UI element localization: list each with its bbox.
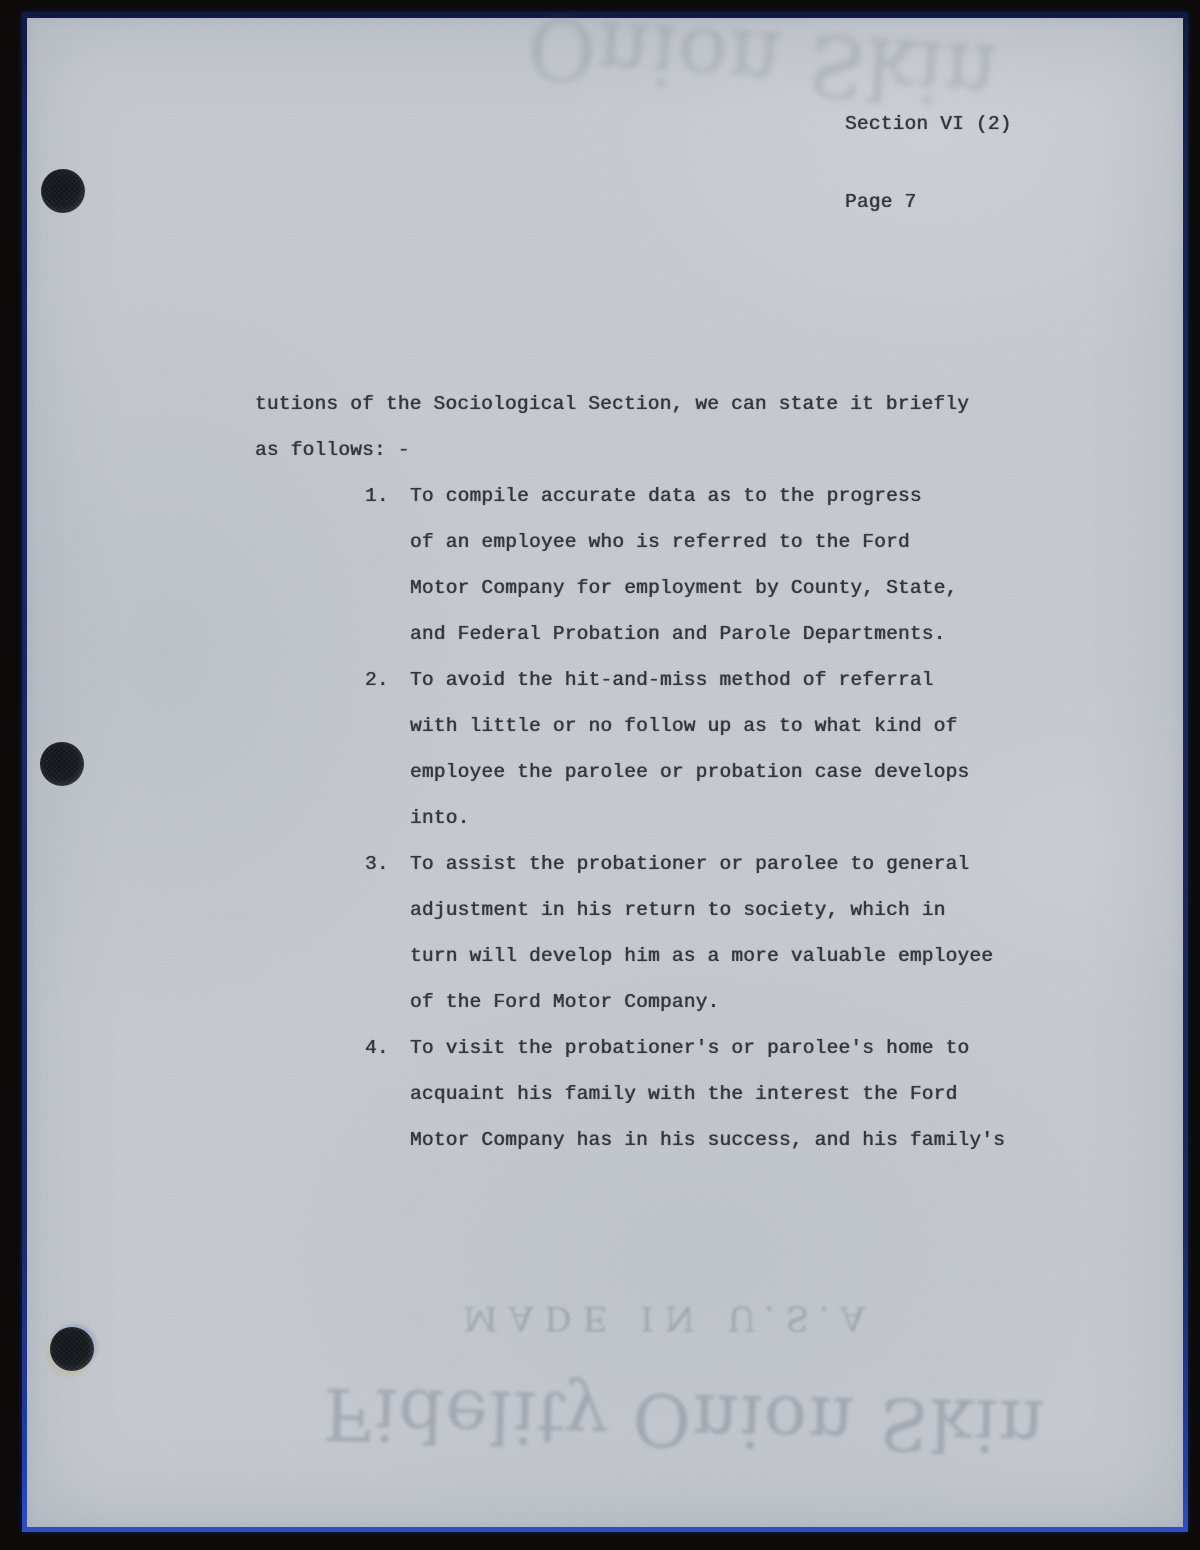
list-item-1: 1. To compile accurate data as to the pr… bbox=[365, 473, 1035, 657]
list-item-text: To assist the probationer or parolee to … bbox=[410, 841, 993, 1025]
watermark-made-in-usa: MADE IN U.S.A bbox=[463, 1298, 876, 1338]
document-page: Onion Skin Section VI (2) Page 7 tutions… bbox=[27, 18, 1183, 1527]
intro-paragraph: tutions of the Sociological Section, we … bbox=[255, 381, 1035, 473]
scan-background: Onion Skin Section VI (2) Page 7 tutions… bbox=[0, 0, 1200, 1550]
hole-punch-middle bbox=[40, 742, 84, 786]
list-item-4: 4. To visit the probationer's or parolee… bbox=[365, 1025, 1035, 1163]
list-item-number: 3. bbox=[365, 841, 410, 887]
paper-backing-edge: Onion Skin Section VI (2) Page 7 tutions… bbox=[22, 12, 1188, 1532]
hole-punch-bottom bbox=[50, 1327, 94, 1371]
list-item-3: 3. To assist the probationer or parolee … bbox=[365, 841, 1035, 1025]
list-item-number: 4. bbox=[365, 1025, 410, 1071]
numbered-list: 1. To compile accurate data as to the pr… bbox=[365, 473, 1035, 1163]
list-item-2: 2. To avoid the hit-and-miss method of r… bbox=[365, 657, 1035, 841]
list-item-text: To compile accurate data as to the progr… bbox=[410, 473, 958, 657]
watermark-fidelity-onion-skin: Fidelity Onion Skin bbox=[322, 1372, 1046, 1469]
list-item-text: To avoid the hit-and-miss method of refe… bbox=[410, 657, 969, 841]
section-label: Section VI (2) bbox=[845, 111, 1012, 137]
list-item-number: 2. bbox=[365, 657, 410, 703]
hole-punch-top bbox=[41, 169, 85, 213]
page-number-label: Page 7 bbox=[845, 189, 1012, 215]
list-item-number: 1. bbox=[365, 473, 410, 519]
page-header: Section VI (2) Page 7 bbox=[845, 59, 1012, 267]
typewritten-body: tutions of the Sociological Section, we … bbox=[255, 381, 1035, 1163]
list-item-text: To visit the probationer's or parolee's … bbox=[410, 1025, 1005, 1163]
